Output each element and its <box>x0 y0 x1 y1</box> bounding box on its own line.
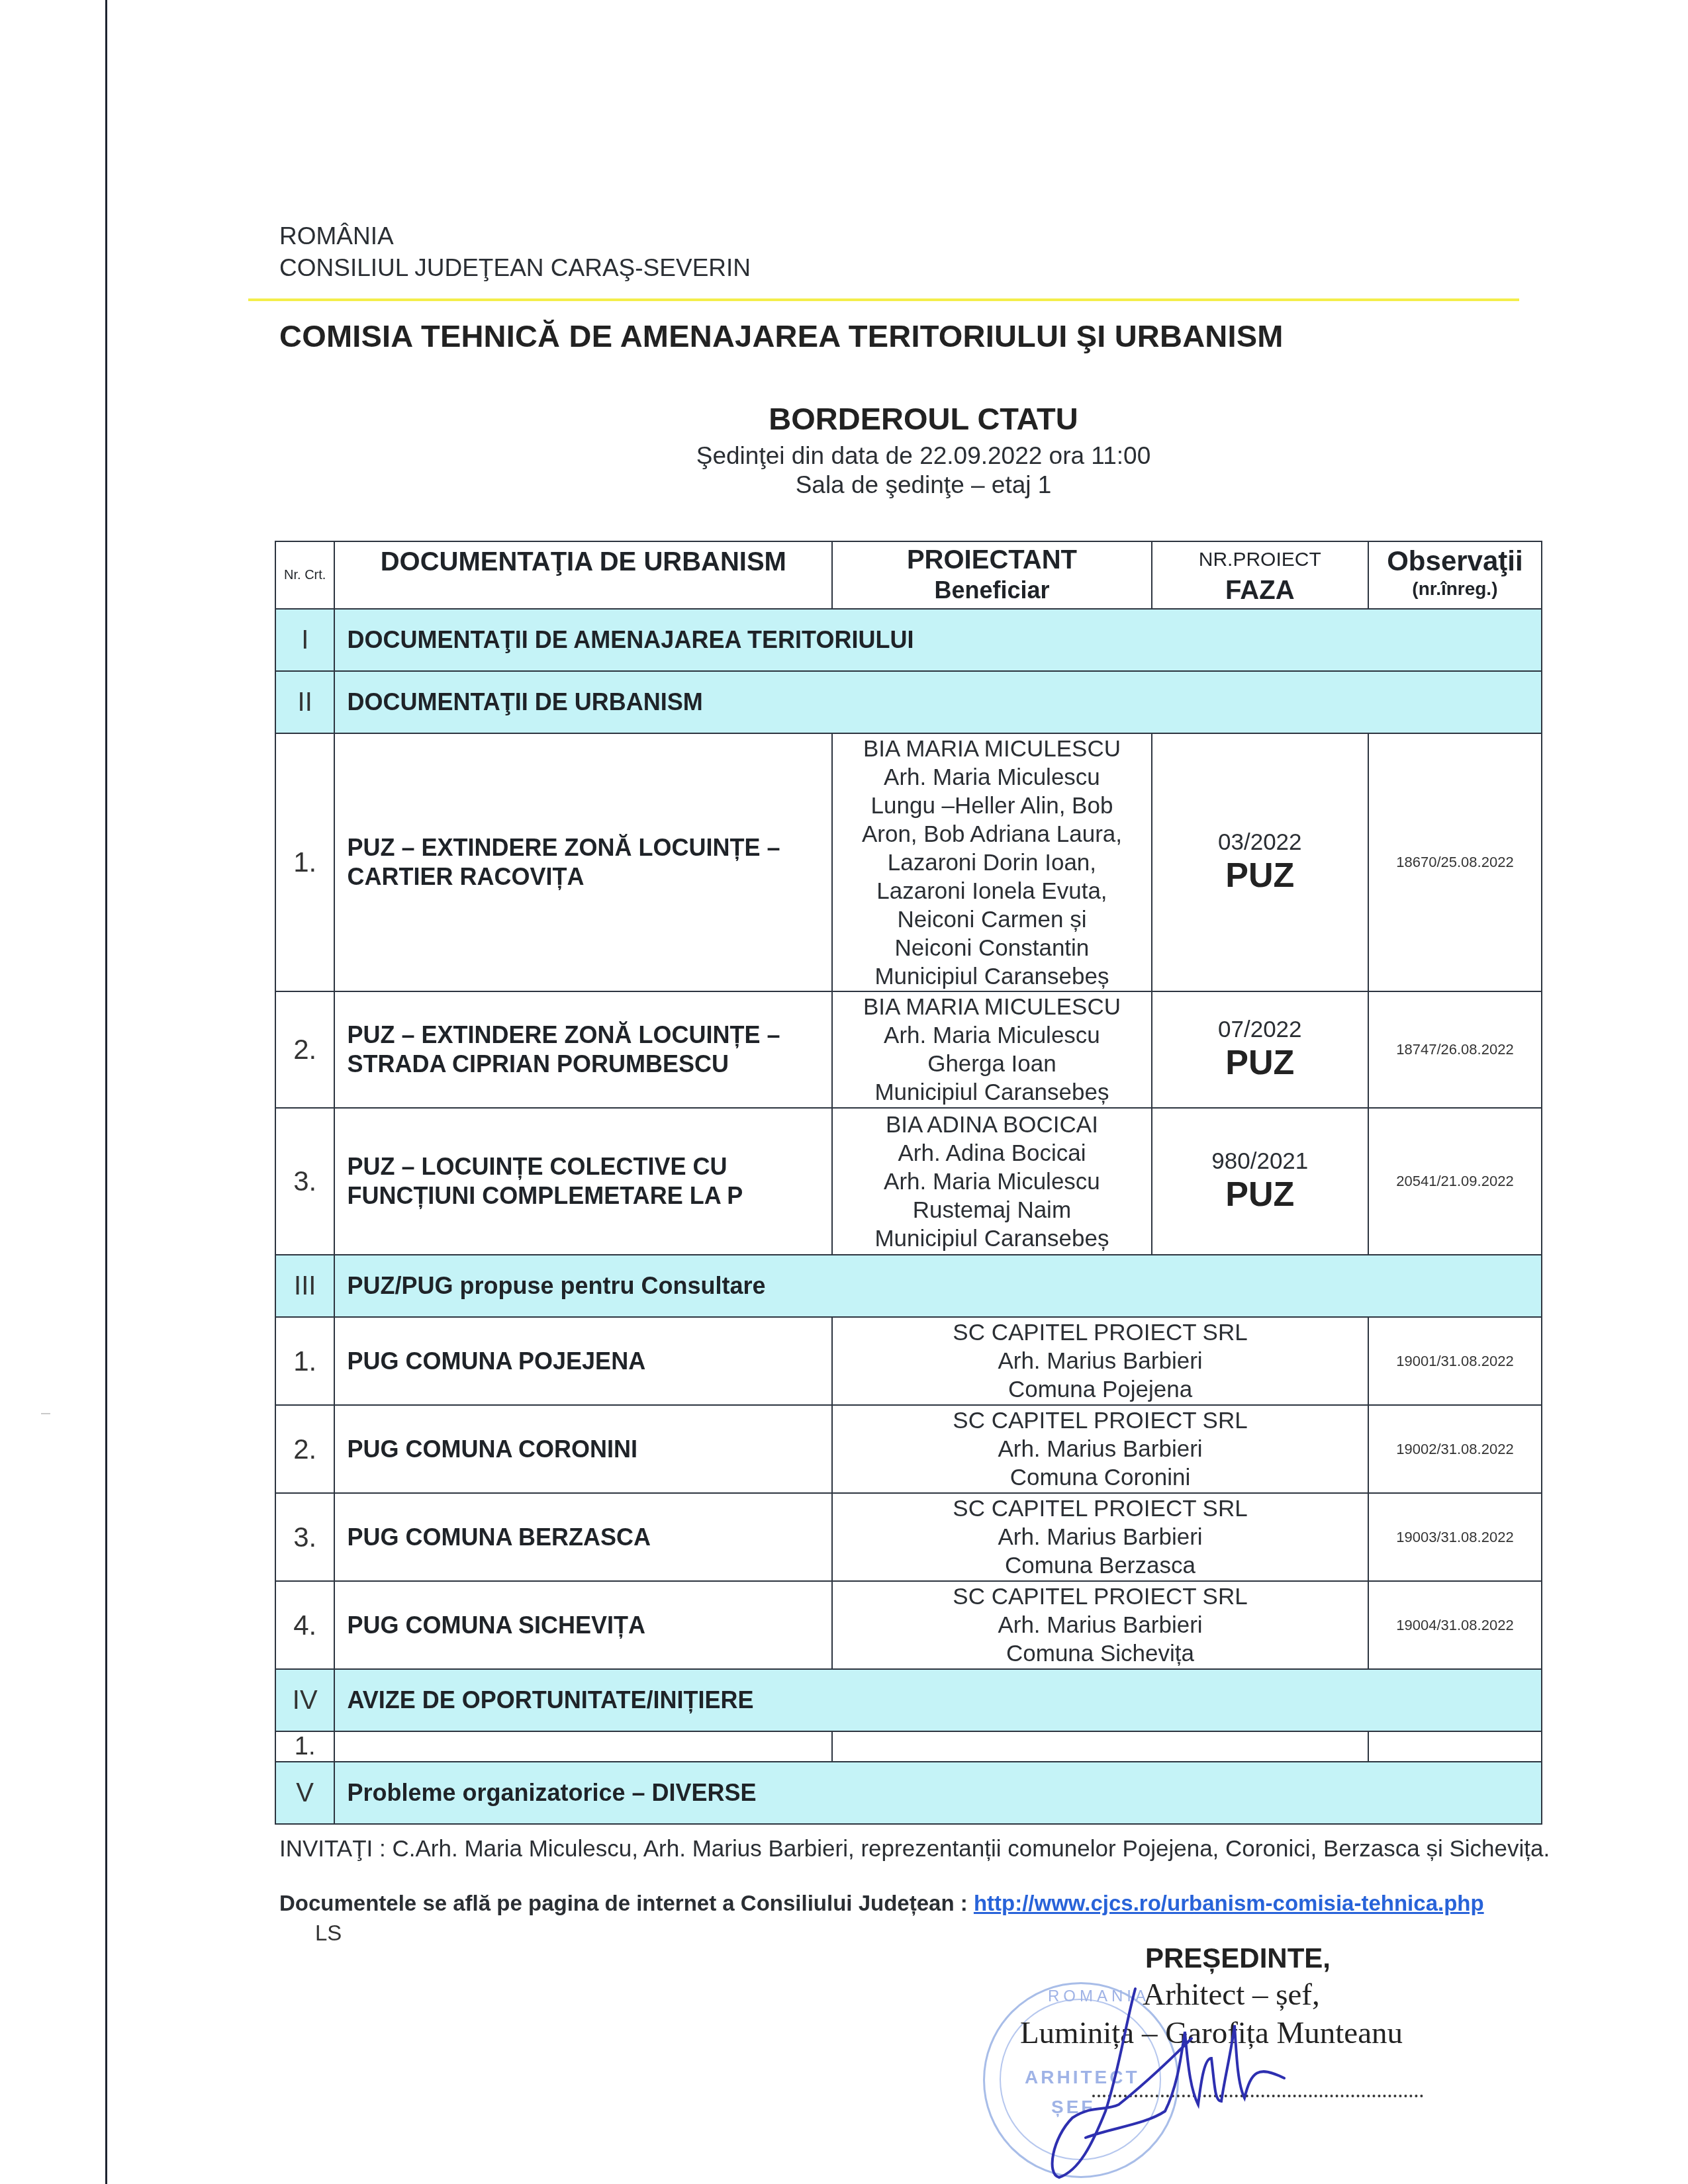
row-number: 1. <box>275 1731 334 1762</box>
section-title: Probleme organizatorice – DIVERSE <box>334 1762 1542 1824</box>
registration-cell <box>1368 1731 1542 1762</box>
table-row: 1. <box>275 1731 1542 1762</box>
designer-line: Municipiul Caransebeș <box>833 1224 1151 1253</box>
designer-line: Arh. Maria Miculescu <box>833 1021 1151 1050</box>
designer-cell: SC CAPITEL PROIECT SRLArh. Marius Barbie… <box>832 1405 1368 1493</box>
table-row: 3. PUG COMUNA BERZASCA SC CAPITEL PROIEC… <box>275 1493 1542 1581</box>
designer-line: Comuna Pojejena <box>833 1375 1368 1404</box>
designer-line: Lazaroni Dorin Ioan, <box>833 848 1151 877</box>
designer-line: Lungu –Heller Alin, Bob <box>833 792 1151 820</box>
handwritten-signature <box>1033 1972 1311 2184</box>
section-row: VProbleme organizatorice – DIVERSE <box>275 1762 1542 1824</box>
registration-label: (nr.înreg.) <box>1369 575 1541 603</box>
designer-cell: SC CAPITEL PROIECT SRLArh. Marius Barbie… <box>832 1493 1368 1581</box>
designer-cell: SC CAPITEL PROIECT SRLArh. Marius Barbie… <box>832 1317 1368 1405</box>
section-title: PUZ/PUG propuse pentru Consultare <box>334 1255 1542 1317</box>
column-header-documentation: DOCUMENTAŢIA DE URBANISM <box>334 541 832 609</box>
registration-cell: 19003/31.08.2022 <box>1368 1493 1542 1581</box>
designer-line: Municipiul Caransebeș <box>833 1078 1151 1107</box>
project-number: 07/2022 <box>1152 1017 1368 1043</box>
designer-line: Comuna Berzasca <box>833 1551 1368 1580</box>
designer-line: Arh. Maria Miculescu <box>833 1167 1151 1196</box>
country-name: ROMÂNIA <box>279 220 751 252</box>
documents-link[interactable]: http://www.cjcs.ro/urbanism-comisia-tehn… <box>974 1891 1484 1915</box>
table-row: 3. PUZ – LOCUINȚE COLECTIVE CU FUNCȚIUNI… <box>275 1108 1542 1255</box>
section-number: III <box>275 1255 334 1317</box>
table-row: 4. PUG COMUNA SICHEVIȚA SC CAPITEL PROIE… <box>275 1581 1542 1669</box>
document-title: BORDEROUL CTATU <box>79 400 1688 437</box>
designer-line: Municipiul Caransebeș <box>833 962 1151 991</box>
table-header-row: Nr. Crt. DOCUMENTAŢIA DE URBANISM PROIEC… <box>275 541 1542 609</box>
president-title: PREȘEDINTE, <box>1046 1942 1430 1974</box>
column-header-designer: PROIECTANT Beneficiar <box>832 541 1152 609</box>
designer-line: SC CAPITEL PROIECT SRL <box>833 1582 1368 1611</box>
row-number: 1. <box>275 733 334 991</box>
column-header-observations: Observaţii (nr.înreg.) <box>1368 541 1542 609</box>
designer-line: Arh. Adina Bocicai <box>833 1139 1151 1167</box>
designer-line: Gherga Ioan <box>833 1050 1151 1078</box>
designer-line: Rustemaj Naim <box>833 1196 1151 1224</box>
designer-line: Arh. Maria Miculescu <box>833 763 1151 792</box>
row-number: 3. <box>275 1493 334 1581</box>
section-title: DOCUMENTAŢII DE AMENAJAREA TERITORIULUI <box>334 609 1542 671</box>
phase-type: PUZ <box>1152 1043 1368 1083</box>
letterhead: ROMÂNIA CONSILIUL JUDEŢEAN CARAŞ-SEVERIN <box>279 220 751 284</box>
observations-label: Observaţii <box>1369 547 1541 575</box>
row-number: 2. <box>275 991 334 1108</box>
designer-line: Lazaroni Ionela Evuta, <box>833 877 1151 905</box>
designer-label: PROIECTANT <box>833 545 1151 575</box>
designer-cell: BIA MARIA MICULESCUArh. Maria MiculescuG… <box>832 991 1152 1108</box>
column-header-nr: Nr. Crt. <box>275 541 334 609</box>
designer-cell: SC CAPITEL PROIECT SRLArh. Marius Barbie… <box>832 1581 1368 1669</box>
registration-cell: 19004/31.08.2022 <box>1368 1581 1542 1669</box>
section-row: IIIPUZ/PUG propuse pentru Consultare <box>275 1255 1542 1317</box>
table-row: 1. PUZ – EXTINDERE ZONĂ LOCUINȚE – CARTI… <box>275 733 1542 991</box>
designer-line: Aron, Bob Adriana Laura, <box>833 820 1151 848</box>
designer-line: Comuna Sichevița <box>833 1639 1368 1668</box>
documentation-cell: PUG COMUNA SICHEVIȚA <box>334 1581 832 1669</box>
designer-line: SC CAPITEL PROIECT SRL <box>833 1318 1368 1347</box>
registration-cell: 20541/21.09.2022 <box>1368 1108 1542 1255</box>
documentation-cell: PUZ – EXTINDERE ZONĂ LOCUINȚE – STRADA C… <box>334 991 832 1108</box>
beneficiary-label: Beneficiar <box>833 575 1151 606</box>
project-number: 980/2021 <box>1152 1148 1368 1175</box>
registration-cell: 19002/31.08.2022 <box>1368 1405 1542 1493</box>
author-initials: LS <box>315 1921 342 1946</box>
designer-cell: BIA MARIA MICULESCUArh. Maria MiculescuL… <box>832 733 1152 991</box>
row-number: 2. <box>275 1405 334 1493</box>
section-row: IVAVIZE DE OPORTUNITATE/INIȚIERE <box>275 1669 1542 1731</box>
section-row: IDOCUMENTAŢII DE AMENAJAREA TERITORIULUI <box>275 609 1542 671</box>
row-number: 1. <box>275 1317 334 1405</box>
designer-line: Arh. Marius Barbieri <box>833 1611 1368 1639</box>
designer-line: BIA MARIA MICULESCU <box>833 735 1151 763</box>
council-name: CONSILIUL JUDEŢEAN CARAŞ-SEVERIN <box>279 252 751 284</box>
documentation-cell <box>334 1731 832 1762</box>
section-number: II <box>275 671 334 733</box>
project-number: 03/2022 <box>1152 829 1368 856</box>
phase-cell: 03/2022 PUZ <box>1152 733 1368 991</box>
invited-list: INVITAŢI : C.Arh. Maria Miculescu, Arh. … <box>279 1835 1570 1864</box>
designer-line: BIA ADINA BOCICAI <box>833 1111 1151 1139</box>
scan-mark <box>41 1413 50 1414</box>
designer-line: Arh. Marius Barbieri <box>833 1347 1368 1375</box>
designer-line: SC CAPITEL PROIECT SRL <box>833 1494 1368 1523</box>
documentation-cell: PUG COMUNA BERZASCA <box>334 1493 832 1581</box>
agenda-table: Nr. Crt. DOCUMENTAŢIA DE URBANISM PROIEC… <box>275 541 1542 1825</box>
phase-cell: 07/2022 PUZ <box>1152 991 1368 1108</box>
commission-title: COMISIA TEHNICĂ DE AMENAJAREA TERITORIUL… <box>279 318 1284 354</box>
table-row: 1. PUG COMUNA POJEJENA SC CAPITEL PROIEC… <box>275 1317 1542 1405</box>
agenda-body: IDOCUMENTAŢII DE AMENAJAREA TERITORIULUI… <box>275 609 1542 1824</box>
registration-cell: 18747/26.08.2022 <box>1368 991 1542 1108</box>
page-edge-line <box>105 0 107 2184</box>
designer-cell: BIA ADINA BOCICAIArh. Adina BocicaiArh. … <box>832 1108 1152 1255</box>
designer-line: SC CAPITEL PROIECT SRL <box>833 1406 1368 1435</box>
row-number: 3. <box>275 1108 334 1255</box>
phase-label: FAZA <box>1152 575 1368 606</box>
documentation-cell: PUG COMUNA CORONINI <box>334 1405 832 1493</box>
documentation-cell: PUZ – EXTINDERE ZONĂ LOCUINȚE – CARTIER … <box>334 733 832 991</box>
header-divider <box>248 298 1519 301</box>
session-room: Sala de şedinţe – etaj 1 <box>79 471 1688 499</box>
row-number: 4. <box>275 1581 334 1669</box>
documentation-cell: PUZ – LOCUINȚE COLECTIVE CU FUNCȚIUNI CO… <box>334 1108 832 1255</box>
column-header-phase: NR.PROIECT FAZA <box>1152 541 1368 609</box>
documents-note: Documentele se află pe pagina de interne… <box>279 1891 1570 1916</box>
phase-type: PUZ <box>1152 856 1368 895</box>
documents-note-text: Documentele se află pe pagina de interne… <box>279 1891 974 1915</box>
documentation-cell: PUG COMUNA POJEJENA <box>334 1317 832 1405</box>
section-number: IV <box>275 1669 334 1731</box>
phase-cell: 980/2021 PUZ <box>1152 1108 1368 1255</box>
session-date: Şedinţei din data de 22.09.2022 ora 11:0… <box>79 442 1688 470</box>
project-no-label: NR.PROIECT <box>1152 545 1368 575</box>
section-title: DOCUMENTAŢII DE URBANISM <box>334 671 1542 733</box>
registration-cell: 18670/25.08.2022 <box>1368 733 1542 991</box>
designer-line: Arh. Marius Barbieri <box>833 1523 1368 1551</box>
designer-line: Comuna Coronini <box>833 1463 1368 1492</box>
designer-line: Neiconi Constantin <box>833 934 1151 962</box>
section-row: IIDOCUMENTAŢII DE URBANISM <box>275 671 1542 733</box>
registration-cell: 19001/31.08.2022 <box>1368 1317 1542 1405</box>
designer-line: Arh. Marius Barbieri <box>833 1435 1368 1463</box>
section-number: V <box>275 1762 334 1824</box>
section-title: AVIZE DE OPORTUNITATE/INIȚIERE <box>334 1669 1542 1731</box>
table-row: 2. PUG COMUNA CORONINI SC CAPITEL PROIEC… <box>275 1405 1542 1493</box>
designer-line: Neiconi Carmen și <box>833 905 1151 934</box>
designer-line: BIA MARIA MICULESCU <box>833 993 1151 1021</box>
section-number: I <box>275 609 334 671</box>
designer-cell <box>832 1731 1368 1762</box>
table-row: 2. PUZ – EXTINDERE ZONĂ LOCUINȚE – STRAD… <box>275 991 1542 1108</box>
phase-type: PUZ <box>1152 1175 1368 1214</box>
